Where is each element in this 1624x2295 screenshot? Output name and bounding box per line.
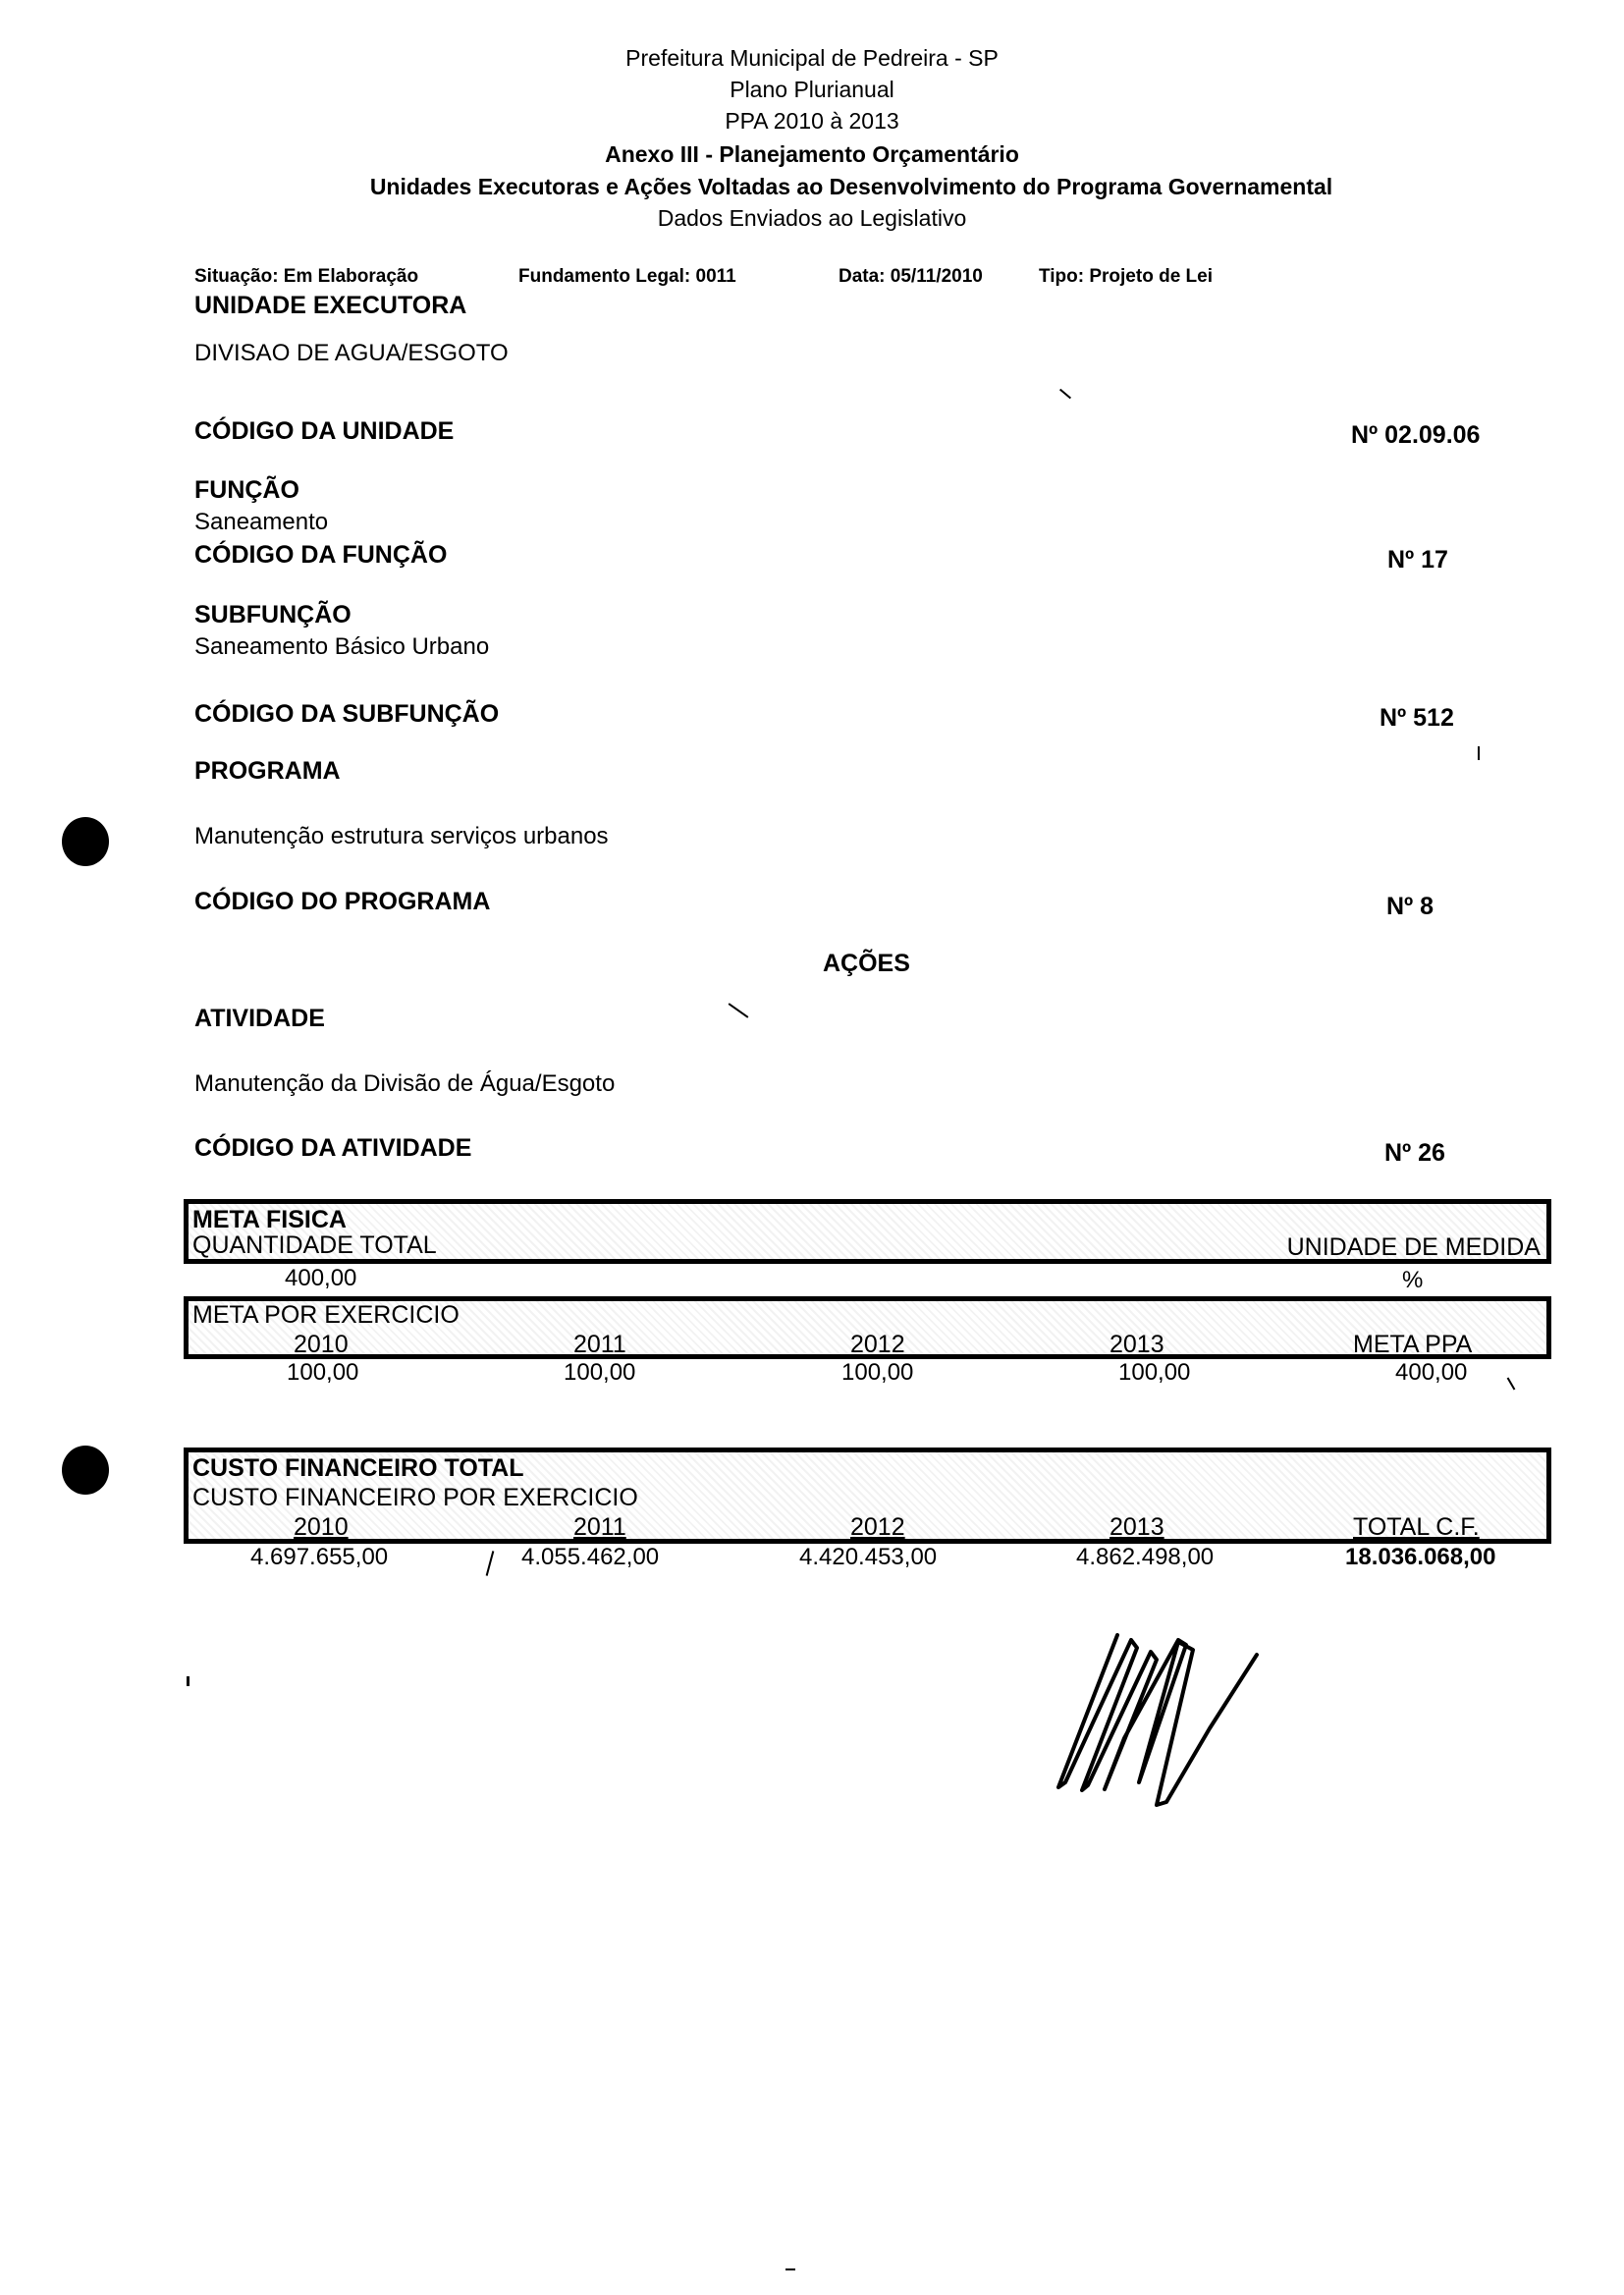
signature-icon	[1031, 1611, 1326, 1827]
meta-value-2012: 100,00	[841, 1359, 913, 1387]
custo-col-2010: 2010	[294, 1513, 349, 1541]
unidade-medida-label: UNIDADE DE MEDIDA	[1287, 1233, 1541, 1261]
meta-col-ppa: META PPA	[1353, 1331, 1472, 1358]
codigo-subfuncao-label: CÓDIGO DA SUBFUNÇÃO	[194, 700, 499, 729]
codigo-programa-value: Nº 8	[1386, 893, 1434, 921]
programa-value: Manutenção estrutura serviços urbanos	[194, 823, 609, 850]
custo-col-2011: 2011	[573, 1513, 626, 1541]
meta-value-2010: 100,00	[287, 1359, 358, 1387]
header-legislativo: Dados Enviados ao Legislativo	[0, 203, 1624, 234]
codigo-programa-label: CÓDIGO DO PROGRAMA	[194, 888, 490, 916]
codigo-atividade-label: CÓDIGO DA ATIVIDADE	[194, 1134, 471, 1163]
custo-value-total: 18.036.068,00	[1345, 1544, 1495, 1571]
meta-fisica-header-box: META FISICA QUANTIDADE TOTAL UNIDADE DE …	[184, 1199, 1551, 1264]
meta-situacao: Situação: Em Elaboração	[194, 266, 418, 288]
scan-speck	[729, 1003, 749, 1017]
unidade-executora-label: UNIDADE EXECUTORA	[194, 292, 466, 320]
codigo-unidade-value: Nº 02.09.06	[1351, 421, 1480, 450]
punch-hole-top	[62, 817, 109, 866]
header-annex: Anexo III - Planejamento Orçamentário	[0, 139, 1624, 170]
codigo-unidade-label: CÓDIGO DA UNIDADE	[194, 417, 454, 446]
custo-col-2013: 2013	[1110, 1513, 1164, 1541]
scan-speck	[1059, 389, 1071, 400]
meta-tipo: Tipo: Projeto de Lei	[1039, 266, 1213, 288]
scan-speck	[187, 1676, 189, 1686]
acoes-title: AÇÕES	[823, 950, 910, 978]
programa-label: PROGRAMA	[194, 757, 341, 786]
unidade-executora-value: DIVISAO DE AGUA/ESGOTO	[194, 340, 509, 367]
codigo-subfuncao-value: Nº 512	[1380, 704, 1454, 733]
quantidade-total-value: 400,00	[285, 1265, 356, 1292]
meta-exercicio-header-box: META POR EXERCICIO 2010 2011 2012 2013 M…	[184, 1296, 1551, 1359]
meta-value-2011: 100,00	[564, 1359, 635, 1387]
scan-speck	[1478, 746, 1480, 760]
subfuncao-label: SUBFUNÇÃO	[194, 601, 352, 629]
funcao-label: FUNÇÃO	[194, 476, 299, 505]
custo-financeiro-header-box: CUSTO FINANCEIRO TOTAL CUSTO FINANCEIRO …	[184, 1448, 1551, 1544]
meta-fundamento: Fundamento Legal: 0011	[518, 266, 736, 288]
scan-speck	[1507, 1377, 1516, 1390]
funcao-value: Saneamento	[194, 509, 328, 536]
meta-col-2012: 2012	[850, 1331, 905, 1358]
codigo-funcao-label: CÓDIGO DA FUNÇÃO	[194, 541, 447, 570]
custo-value-2012: 4.420.453,00	[799, 1544, 937, 1571]
meta-value-2013: 100,00	[1118, 1359, 1190, 1387]
codigo-funcao-value: Nº 17	[1387, 546, 1448, 574]
unidade-medida-value: %	[1402, 1267, 1423, 1294]
custo-value-2011: 4.055.462,00	[521, 1544, 659, 1571]
atividade-value: Manutenção da Divisão de Água/Esgoto	[194, 1070, 615, 1098]
punch-hole-bottom	[62, 1446, 109, 1495]
custo-col-total: TOTAL C.F.	[1353, 1513, 1480, 1541]
meta-exercicio-title: META POR EXERCICIO	[192, 1301, 460, 1329]
custo-value-2013: 4.862.498,00	[1076, 1544, 1214, 1571]
scan-speck	[785, 2268, 795, 2270]
custo-total-title: CUSTO FINANCEIRO TOTAL	[192, 1454, 524, 1482]
meta-value-ppa: 400,00	[1395, 1359, 1467, 1387]
meta-col-2010: 2010	[294, 1331, 349, 1358]
quantidade-total-label: QUANTIDADE TOTAL	[192, 1231, 437, 1259]
header-ppa-period: PPA 2010 à 2013	[0, 106, 1624, 137]
custo-exercicio-title: CUSTO FINANCEIRO POR EXERCICIO	[192, 1484, 638, 1511]
custo-value-2010: 4.697.655,00	[250, 1544, 388, 1571]
codigo-atividade-value: Nº 26	[1384, 1139, 1445, 1168]
meta-fisica-title: META FISICA	[192, 1206, 347, 1233]
custo-col-2012: 2012	[850, 1513, 905, 1541]
header-plan: Plano Plurianual	[0, 75, 1624, 105]
header-subtitle: Unidades Executoras e Ações Voltadas ao …	[39, 172, 1624, 202]
subfuncao-value: Saneamento Básico Urbano	[194, 633, 489, 661]
meta-col-2011: 2011	[573, 1331, 626, 1358]
atividade-label: ATIVIDADE	[194, 1005, 325, 1033]
meta-col-2013: 2013	[1110, 1331, 1164, 1358]
scan-speck	[486, 1551, 495, 1576]
meta-data: Data: 05/11/2010	[839, 266, 983, 288]
header-municipality: Prefeitura Municipal de Pedreira - SP	[0, 43, 1624, 74]
